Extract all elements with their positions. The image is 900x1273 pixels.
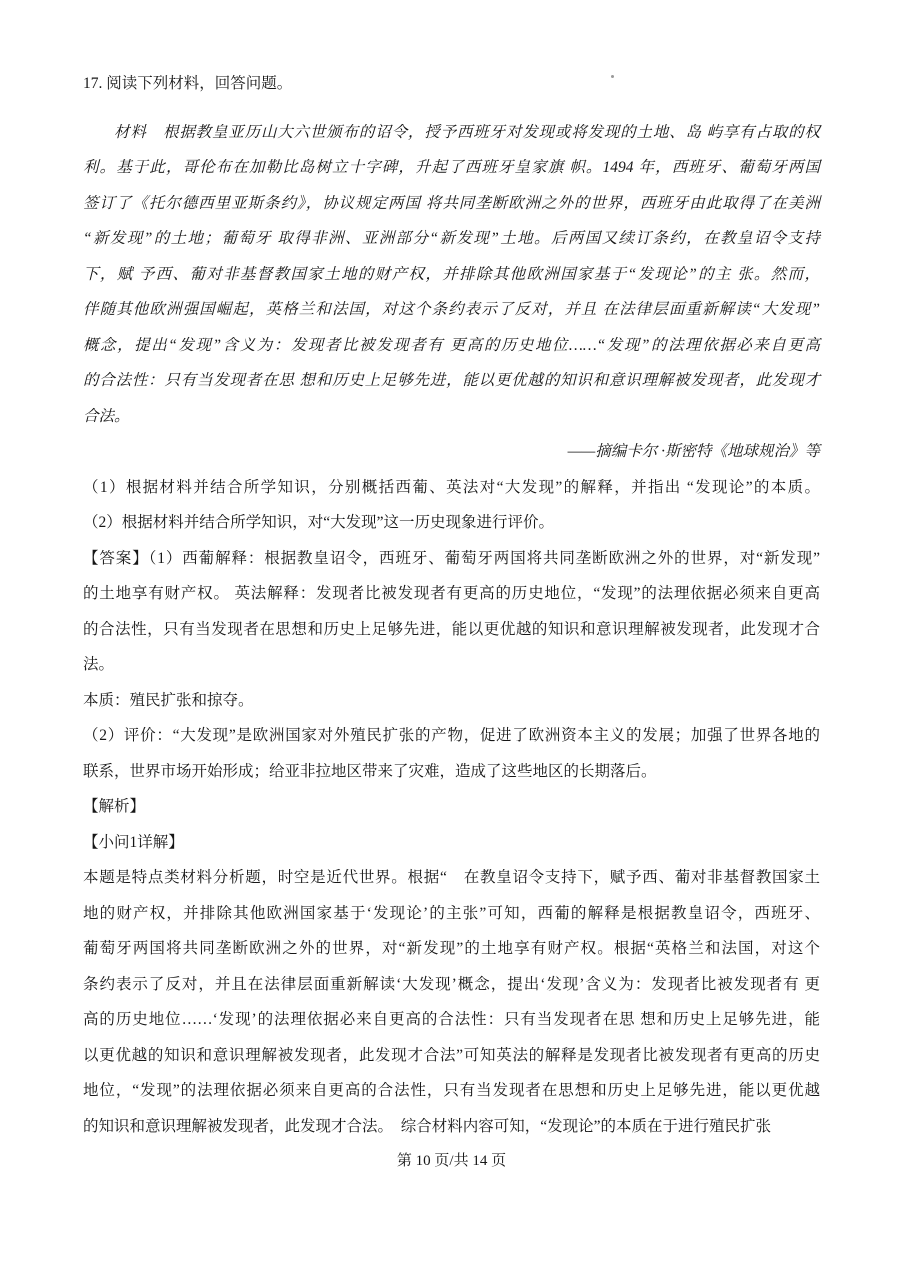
text-line: 【答案】（1）西葡解释：根据教皇诏令，西班牙、葡萄牙两国将共同垄断欧洲之外的世界… [83,541,820,577]
page-footer: 第 10 页/共 14 页 [83,1144,820,1180]
text-line: 以更优越的知识和意识理解被发现者，此发现才合法”可知英法的解释是发现者比被发现者… [83,1038,820,1074]
text-line: 条约表示了反对，并且在法律层面重新解读‘大发现’概念，提出‘发现’含义为：发现者… [83,967,820,1003]
analysis-header: 【解析】 [83,789,820,825]
text-line: “新发现”的土地；葡萄牙 取得非洲、亚洲部分“新发现”土地。后两国又续订条约，在… [83,221,820,257]
text-line: 利。基于此，哥伦布在加勒比岛树立十字碑，升起了西班牙皇家旗 帜。1494 年，西… [83,150,820,186]
question-number-heading: 17. 阅读下列材料，回答问题。 [83,66,820,102]
analysis-subheader: 【小问1详解】 [83,825,820,861]
text-line: 合法。 [83,399,820,435]
text-line: 联系，世界市场开始形成；给亚非拉地区带来了灾难，造成了这些地区的长期落后。 [83,754,820,790]
text-line: 下，赋 予西、葡对非基督教国家土地的财产权，并排除其他欧洲国家基于“发现论”的主… [83,257,820,293]
text-line: 的合法性，只有当发现者在思想和历史上足够先进，能以更优越的知识和意识理解被发现者… [83,612,820,648]
material-paragraph: 材料 根据教皇亚历山大六世颁布的诏令，授予西班牙对发现或将发现的土地、岛 屿享有… [83,115,820,435]
text-line: 法。 [83,647,820,683]
text-line: 概念，提出“发现”含义为：发现者比被发现者有 更高的历史地位……“发现”的法理依… [83,328,820,364]
exam-document-page: 17. 阅读下列材料，回答问题。 材料 根据教皇亚历山大六世颁布的诏令，授予西班… [0,0,900,1273]
answer-part1: 【答案】（1）西葡解释：根据教皇诏令，西班牙、葡萄牙两国将共同垄断欧洲之外的世界… [83,541,820,683]
answer-part2: （2）评价：“大发现”是欧洲国家对外殖民扩张的产物，促进了欧洲资本主义的发展；加… [83,718,820,789]
analysis-body: 本题是特点类材料分析题，时空是近代世界。根据“ 在教皇诏令支持下，赋予西、葡对非… [83,860,820,1144]
text-line: 本题是特点类材料分析题，时空是近代世界。根据“ 在教皇诏令支持下，赋予西、葡对非… [83,860,820,896]
text-line: 伴随其他欧洲强国崛起，英格兰和法国，对这个条约表示了反对，并且 在法律层面重新解… [83,292,820,328]
text-line: 高的历史地位……‘发现’的法理依据必来自更高的合法性：只有当发现者在思 想和历史… [83,1002,820,1038]
text-line: 材料 根据教皇亚历山大六世颁布的诏令，授予西班牙对发现或将发现的土地、岛 屿享有… [83,115,820,151]
sub-questions: （1）根据材料并结合所学知识，分别概括西葡、英法对“大发现”的解释，并指出 “发… [83,470,820,541]
text-line: 地的财产权，并排除其他欧洲国家基于‘发现论’的主张”可知，西葡的解释是根据教皇诏… [83,896,820,932]
text-line: 的土地享有财产权。 英法解释：发现者比被发现者有更高的历史地位，“发现”的法理依… [83,576,820,612]
text-line: 的知识和意识理解被发现者，此发现才合法。 综合材料内容可知，“发现论”的本质在于… [83,1109,820,1145]
text-line: 签订了《托尔德西里亚斯条约》，协议规定两国 将共同垄断欧洲之外的世界，西班牙由此… [83,186,820,222]
text-line: （2）根据材料并结合所学知识，对“大发现”这一历史现象进行评价。 [83,505,820,541]
material-attribution: ——摘编卡尔 ·斯密特《地球规治》等 [83,434,820,470]
text-line: （2）评价：“大发现”是欧洲国家对外殖民扩张的产物，促进了欧洲资本主义的发展；加… [83,718,820,754]
text-line: 地位，“发现”的法理依据必须来自更高的合法性，只有当发现者在思想和历史上足够先进… [83,1073,820,1109]
text-line: （1）根据材料并结合所学知识，分别概括西葡、英法对“大发现”的解释，并指出 “发… [83,470,820,506]
stray-print-mark [611,75,614,78]
text-line: 葡萄牙两国将共同垄断欧洲之外的世界，对“新发现”的土地享有财产权。根据“英格兰和… [83,931,820,967]
page-content: 17. 阅读下列材料，回答问题。 材料 根据教皇亚历山大六世颁布的诏令，授予西班… [0,0,900,1180]
text-line: 的合法性：只有当发现者在思 想和历史上足够先进，能以更优越的知识和意识理解被发现… [83,363,820,399]
answer-essence-line: 本质：殖民扩张和掠夺。 [83,683,820,719]
